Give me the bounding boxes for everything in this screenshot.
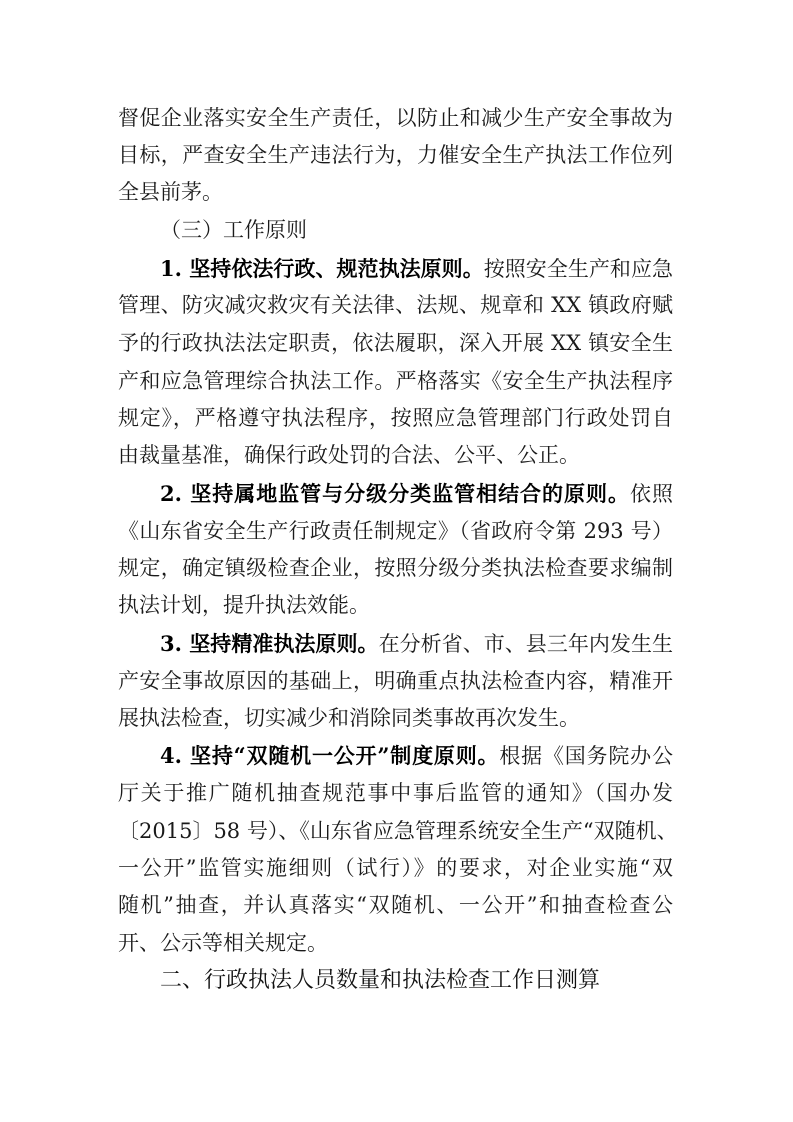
principle-3-text: 在分析省、市、县三年内发生生: [379, 632, 673, 656]
paragraph-line: 全县前茅。: [118, 174, 673, 211]
paragraph-line: 展执法检查，切实减少和消除同类事故再次发生。: [118, 700, 673, 737]
principle-4-lead: 4. 坚持“双随机一公开”制度原则。: [160, 743, 499, 768]
paragraph-line: 予的行政执法法定职责，依法履职，深入开展 XX 镇安全生: [118, 325, 673, 362]
paragraph-line: 随机”抽查，并认真落实“双随机、一公开”和抽查检查公: [118, 887, 673, 924]
paragraph-line: 产和应急管理综合执法工作。严格落实《安全生产执法程序: [118, 363, 673, 400]
paragraph-line: 执法计划，提升执法效能。: [118, 587, 673, 624]
principle-2-lead: 2. 坚持属地监管与分级分类监管相结合的原则。: [160, 481, 630, 506]
principle-1-first-line: 1. 坚持依法行政、规范执法原则。按照安全生产和应急: [160, 250, 673, 287]
paragraph-line: 规定，确定镇级检查企业，按照分级分类执法检查要求编制: [118, 550, 673, 587]
principle-4-text: 根据《国务院办公: [499, 744, 673, 768]
paragraph-line: 由裁量基准，确保行政处罚的合法、公平、公正。: [118, 437, 673, 474]
paragraph-line: 规定》，严格遵守执法程序，按照应急管理部门行政处罚自: [118, 400, 673, 437]
paragraph-line: 管理、防灾减灾救灾有关法律、法规、规章和 XX 镇政府赋: [118, 287, 673, 324]
section-heading-principles: （三）工作原则: [160, 212, 673, 249]
paragraph-line: 〔2015〕58 号）、《山东省应急管理系统安全生产“双随机、: [118, 813, 673, 850]
paragraph-line: 目标，严查安全生产违法行为，力催安全生产执法工作位列: [118, 137, 673, 174]
principle-1-text: 按照安全生产和应急: [484, 257, 673, 281]
principle-2-first-line: 2. 坚持属地监管与分级分类监管相结合的原则。依照: [160, 475, 673, 512]
principle-3-lead: 3. 坚持精准执法原则。: [160, 631, 379, 656]
document-page: 督促企业落实安全生产责任，以防止和减少生产安全事故为 目标，严查安全生产违法行为…: [0, 0, 793, 1122]
paragraph-line: 一公开”监管实施细则（试行）》的要求，对企业实施“双: [118, 850, 673, 887]
paragraph-line: 《山东省安全生产行政责任制规定》（省政府令第 293 号）: [118, 513, 673, 550]
principle-4-first-line: 4. 坚持“双随机一公开”制度原则。根据《国务院办公: [160, 737, 673, 774]
paragraph-line: 开、公示等相关规定。: [118, 925, 673, 962]
principle-3-first-line: 3. 坚持精准执法原则。在分析省、市、县三年内发生生: [160, 625, 673, 662]
paragraph-line: 产安全事故原因的基础上，明确重点执法检查内容，精准开: [118, 663, 673, 700]
paragraph-line: 厅关于推广随机抽查规范事中事后监管的通知》（国办发: [118, 775, 673, 812]
paragraph-line: 督促企业落实安全生产责任，以防止和减少生产安全事故为: [118, 100, 673, 137]
principle-2-text: 依照: [630, 482, 673, 506]
principle-1-lead: 1. 坚持依法行政、规范执法原则。: [160, 256, 484, 281]
section-heading-staffing: 二、行政执法人员数量和执法检查工作日测算: [160, 962, 673, 999]
